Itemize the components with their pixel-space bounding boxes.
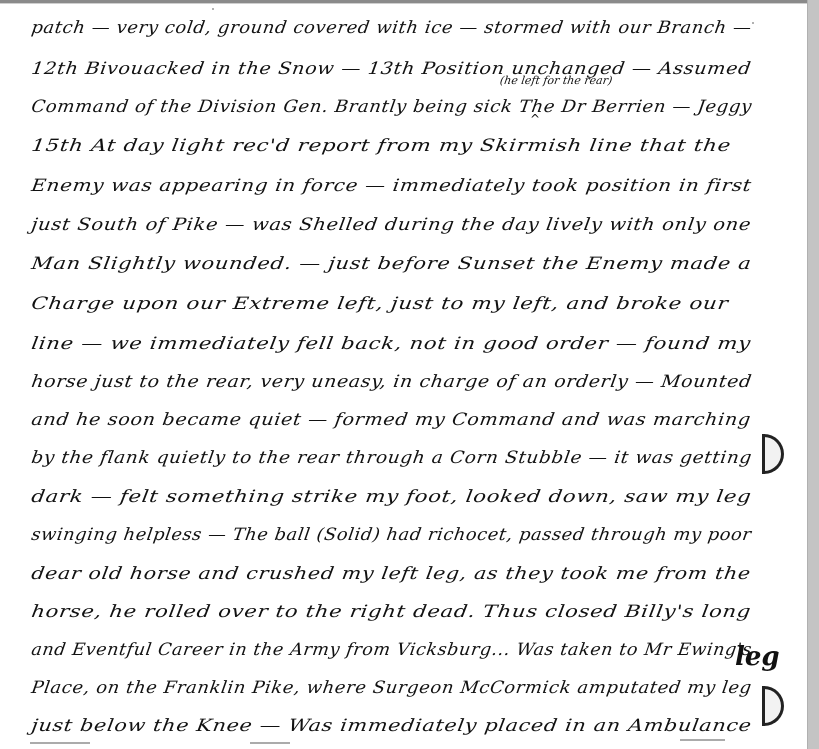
manuscript-line-3: Command of the Division Gen. Brantly bei…: [30, 97, 753, 117]
margin-mark-d-upper: [762, 434, 784, 474]
interlinear-insert: (he left for the rear): [499, 74, 613, 87]
scan-artifact: [680, 739, 725, 741]
manuscript-line-5: Enemy was appearing in force — immediate…: [30, 176, 753, 196]
manuscript-line-17: and Eventful Career in the Army from Vic…: [30, 640, 753, 660]
manuscript-line-16: horse, he rolled over to the right dead.…: [30, 602, 752, 622]
manuscript-line-9: line — we immediately fell back, not in …: [30, 334, 752, 354]
scan-artifact: [250, 742, 290, 744]
margin-mark-d-lower: [762, 686, 784, 726]
scan-speck: [752, 22, 754, 24]
manuscript-line-6: just South of Pike — was Shelled during …: [30, 215, 753, 235]
scan-speck: [212, 8, 214, 10]
manuscript-line-19: just below the Knee — Was immediately pl…: [30, 716, 753, 736]
manuscript-line-18: Place, on the Franklin Pike, where Surge…: [30, 678, 753, 698]
vertical-scrollbar[interactable]: [807, 0, 819, 749]
emphasized-word-leg: leg: [735, 642, 780, 672]
insertion-caret: ^: [530, 112, 540, 126]
manuscript-line-10: horse just to the rear, very uneasy, in …: [30, 372, 753, 392]
manuscript-line-11: and he soon became quiet — formed my Com…: [30, 410, 752, 430]
manuscript-line-4: 15th At day light rec'd report from my S…: [30, 136, 732, 156]
manuscript-line-7: Man Slightly wounded. — just before Suns…: [30, 254, 753, 274]
manuscript-page: patch — very cold, ground covered with i…: [0, 4, 808, 749]
manuscript-line-12: by the flank quietly to the rear through…: [30, 448, 753, 468]
manuscript-line-14: swinging helpless — The ball (Solid) had…: [30, 525, 753, 545]
manuscript-line-15: dear old horse and crushed my left leg, …: [30, 564, 752, 584]
manuscript-line-13: dark — felt something strike my foot, lo…: [30, 487, 753, 507]
manuscript-line-2: 12th Bivouacked in the Snow — 13th Posit…: [30, 59, 753, 79]
scan-artifact: [30, 742, 90, 744]
manuscript-line-1: patch — very cold, ground covered with i…: [30, 18, 753, 38]
manuscript-line-8: Charge upon our Extreme left, just to my…: [30, 294, 730, 314]
